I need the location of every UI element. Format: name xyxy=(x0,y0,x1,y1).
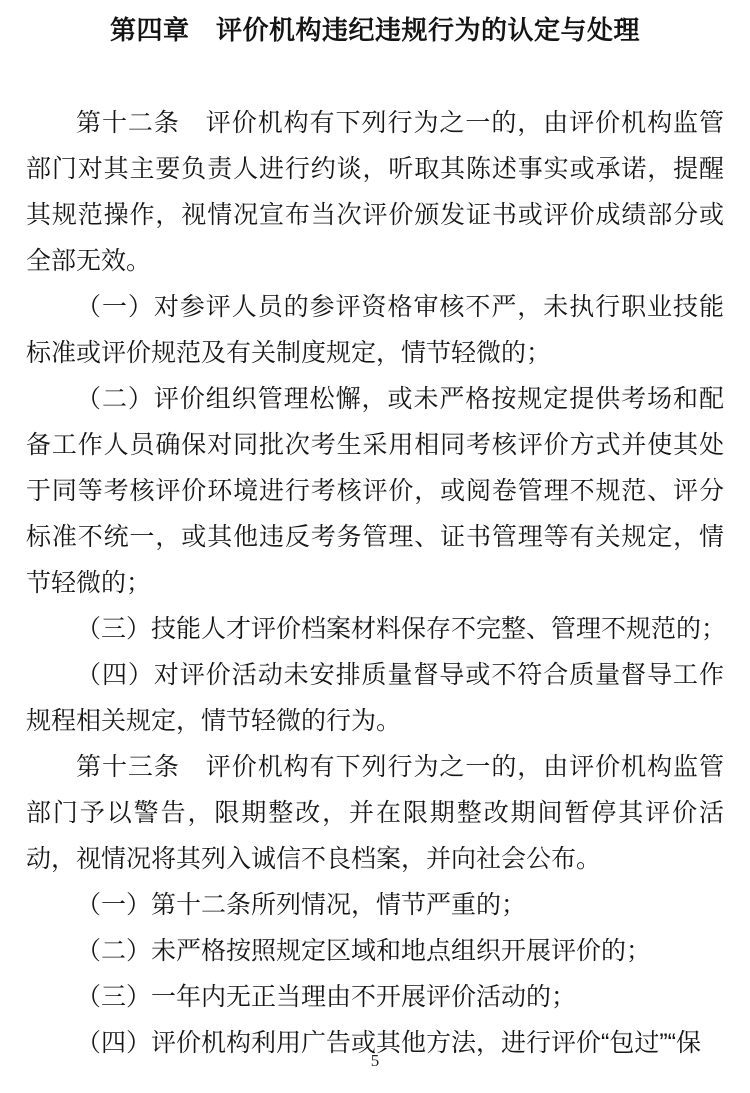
paragraph-item-2: （二）评价组织管理松懈，或未严格按规定提供考场和配备工作人员确保对同批次考生采用… xyxy=(26,376,724,606)
document-body: 第十二条 评价机构有下列行为之一的，由评价机构监管部门对其主要负责人进行约谈，听… xyxy=(26,100,724,1066)
paragraph-article-12: 第十二条 评价机构有下列行为之一的，由评价机构监管部门对其主要负责人进行约谈，听… xyxy=(26,100,724,284)
paragraph-item-1b: （一）第十二条所列情况，情节严重的； xyxy=(26,882,724,928)
paragraph-item-4: （四）对评价活动未安排质量督导或不符合质量督导工作规程相关规定，情节轻微的行为。 xyxy=(26,652,724,744)
paragraph-item-3: （三）技能人才评价档案材料保存不完整、管理不规范的； xyxy=(26,606,724,652)
document-page: 第四章 评价机构违纪违规行为的认定与处理 第十二条 评价机构有下列行为之一的，由… xyxy=(0,0,750,1093)
paragraph-item-2b: （二）未严格按照规定区域和地点组织开展评价的； xyxy=(26,928,724,974)
paragraph-item-1: （一）对参评人员的参评资格审核不严，未执行职业技能标准或评价规范及有关制度规定，… xyxy=(26,284,724,376)
page-number: 5 xyxy=(0,1051,750,1071)
document-content: 第四章 评价机构违纪违规行为的认定与处理 第十二条 评价机构有下列行为之一的，由… xyxy=(26,0,724,1066)
paragraph-item-3b: （三）一年内无正当理由不开展评价活动的； xyxy=(26,974,724,1020)
paragraph-article-13: 第十三条 评价机构有下列行为之一的，由评价机构监管部门予以警告，限期整改，并在限… xyxy=(26,744,724,882)
chapter-title: 第四章 评价机构违纪违规行为的认定与处理 xyxy=(26,8,724,52)
